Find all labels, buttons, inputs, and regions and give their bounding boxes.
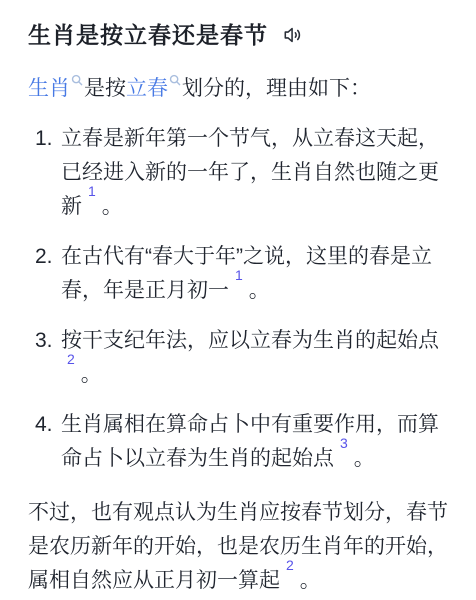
text-segment: 划分的，理由如下： [182,77,371,100]
footer-paragraph: 不过，也有观点认为生肖应按春节划分，春节是农历新年的开始，也是农历生肖年的开始，… [28,496,448,598]
citation-ref[interactable]: 2 [67,352,75,366]
list-item: 2.在古代有“春大于年”之说，这里的春是立春，年是正月初一1。 [35,240,448,308]
text-segment: 。 [102,195,123,218]
list-item: 4.生肖属相在算命占卜中有重要作用，而算命占卜以立春为生肖的起始点3。 [35,408,448,476]
reason-list: 1.立春是新年第一个节气，从立春这天起，已经进入新的一年了，生肖自然也随之更新1… [28,122,448,476]
list-item-number: 1. [35,122,61,224]
list-item-text: 立春是新年第一个节气，从立春这天起，已经进入新的一年了，生肖自然也随之更新1。 [61,122,448,224]
text-segment: 。 [300,569,321,592]
intro-paragraph: 生肖是按立春划分的，理由如下： [28,72,448,106]
citation-ref[interactable]: 3 [340,436,348,450]
citation-ref[interactable]: 2 [286,558,294,572]
list-item-text: 按干支纪年法，应以立春为生肖的起始点2。 [61,324,448,392]
text-segment: 。 [354,447,375,470]
list-item: 3.按干支纪年法，应以立春为生肖的起始点2。 [35,324,448,392]
list-item-text: 在古代有“春大于年”之说，这里的春是立春，年是正月初一1。 [61,240,448,308]
entity-link[interactable]: 生肖 [28,77,84,100]
search-icon[interactable] [71,74,83,86]
page-title: 生肖是按立春还是春节 [28,20,268,50]
entity-link[interactable]: 立春 [126,77,182,100]
text-segment: 。 [249,279,270,302]
list-item-number: 3. [35,324,61,392]
speaker-icon[interactable] [282,24,304,46]
answer-header: 生肖是按立春还是春节 [28,20,448,50]
list-item: 1.立春是新年第一个节气，从立春这天起，已经进入新的一年了，生肖自然也随之更新1… [35,122,448,224]
citation-ref[interactable]: 1 [235,268,243,282]
list-item-text: 生肖属相在算命占卜中有重要作用，而算命占卜以立春为生肖的起始点3。 [61,408,448,476]
citation-ref[interactable]: 1 [88,184,96,198]
text-segment: 。 [81,363,102,386]
text-segment: 是按 [84,77,126,100]
answer-card: 生肖是按立春还是春节 生肖是按立春划分的，理由如下： 1.立春是新年第一个节气，… [0,0,476,600]
text-segment: 在古代有“春大于年”之说，这里的春是立春，年是正月初一 [61,245,432,302]
text-segment: 不过，也有观点认为生肖应按春节划分，春节是农历新年的开始，也是农历生肖年的开始，… [28,501,448,592]
list-item-number: 2. [35,240,61,308]
text-segment: 生肖属相在算命占卜中有重要作用，而算命占卜以立春为生肖的起始点 [61,413,439,470]
entity-link-label[interactable]: 生肖 [28,77,70,100]
text-segment: 按干支纪年法，应以立春为生肖的起始点 [61,329,439,352]
entity-link-label[interactable]: 立春 [126,77,168,100]
search-icon[interactable] [169,74,181,86]
list-item-number: 4. [35,408,61,476]
